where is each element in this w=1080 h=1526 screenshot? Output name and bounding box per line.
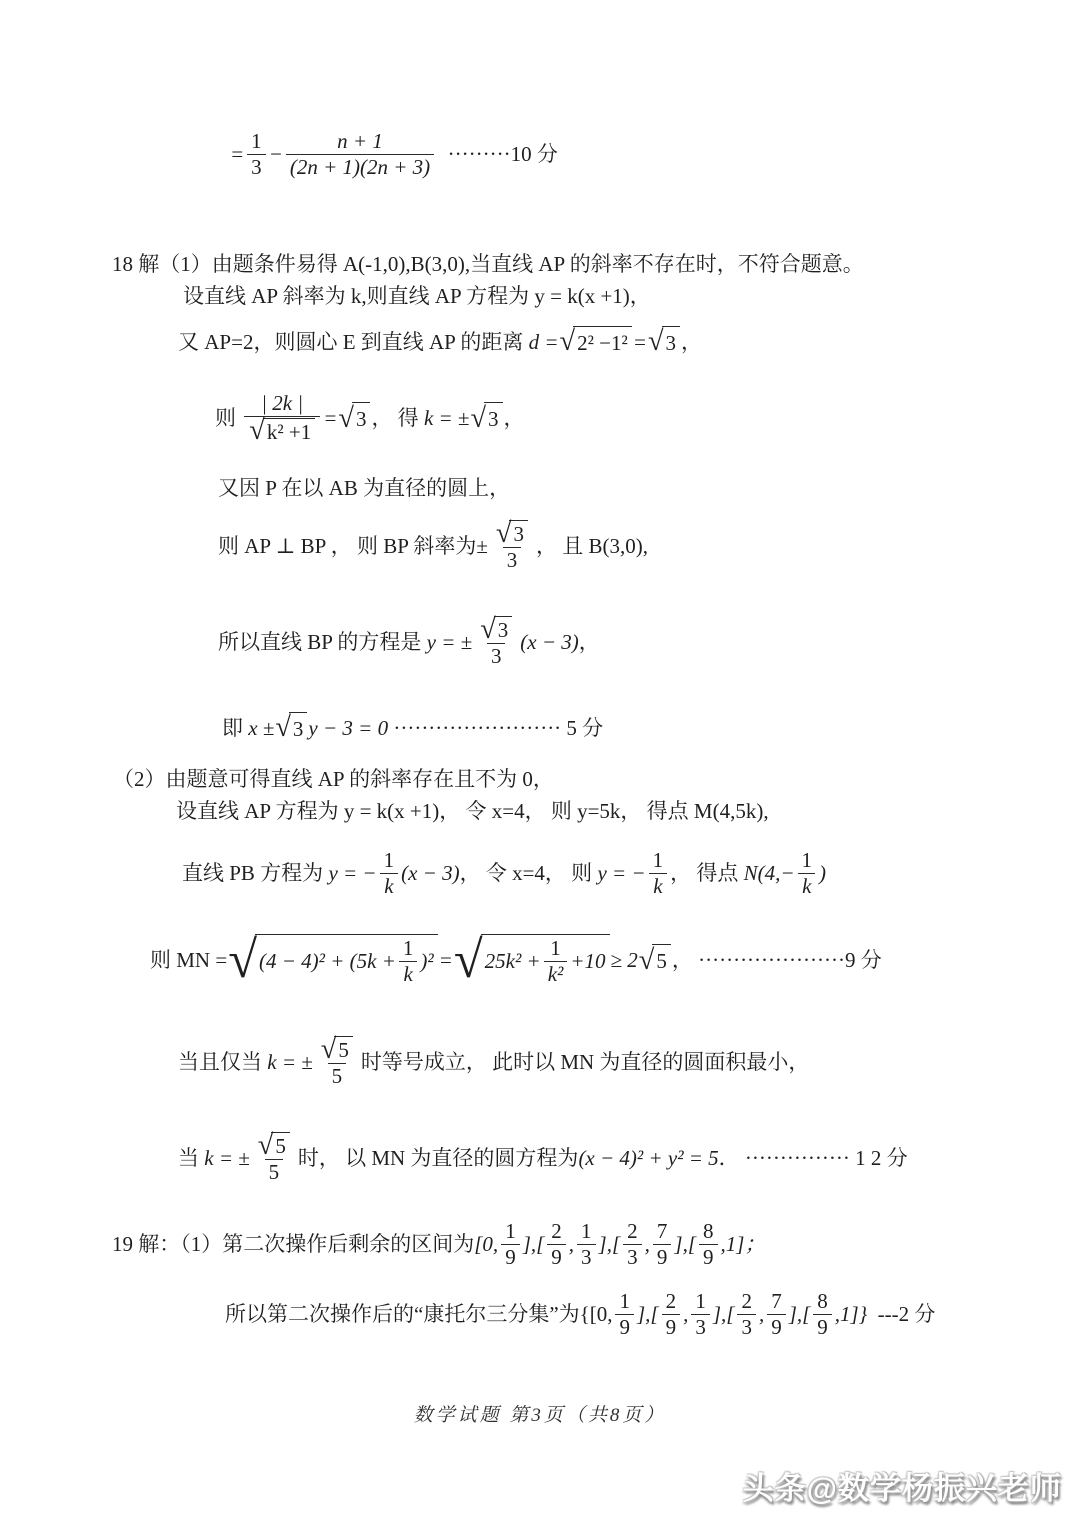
sqrt-radical: √2² −1² xyxy=(560,326,632,357)
radical-body: k² +1 xyxy=(263,418,315,445)
math-segment: (x − 4)² + y² = 5 xyxy=(578,1144,718,1172)
fraction-denominator: 3 xyxy=(691,1314,710,1340)
radical-sign: √ xyxy=(249,420,265,443)
minus-sign: − xyxy=(269,140,283,168)
solution-text: 则 xyxy=(215,404,241,432)
fraction-denominator: 3 xyxy=(737,1314,756,1340)
sqrt-radical: √(4 − 4)² + (5k +1k)² xyxy=(228,934,437,986)
line-18-2-m-point: 设直线 AP 方程为 y = k(x +1)， 令 x=4， 则 y=5k， 得… xyxy=(176,797,769,825)
fraction-numerator: 1 xyxy=(501,1220,520,1244)
math-segment: x ± xyxy=(248,714,274,742)
math-segment: ,1]} xyxy=(835,1300,867,1328)
math-segment: k = ± xyxy=(267,1048,313,1076)
equals-sign: = xyxy=(230,140,244,168)
radical-sign: √ xyxy=(496,523,512,546)
math-segment: +10 xyxy=(570,947,605,975)
solution-text: ， xyxy=(579,628,600,656)
radical-sign: √ xyxy=(258,1135,274,1158)
fraction: √5 5 xyxy=(316,1036,358,1088)
solution-text: ， 得点 xyxy=(670,859,744,887)
line-18-1-slope-equation: 则 | 2k | √k² +1 = √3 ， 得 k = ± √3 ， xyxy=(215,392,525,444)
radical-sign: √ xyxy=(321,1039,337,1062)
page-footer: 数学试题 第3页（共8页） xyxy=(0,1400,1080,1427)
solution-text: 则 MN = xyxy=(150,946,227,974)
math-segment: y = − xyxy=(328,859,376,887)
fraction-denominator: √k² +1 xyxy=(244,416,320,445)
math-segment: , xyxy=(569,1230,574,1258)
fraction-numerator: 1 xyxy=(615,1290,634,1314)
fraction: 19 xyxy=(501,1220,520,1269)
fraction-numerator: 1 xyxy=(577,1220,596,1244)
math-segment: (4 − 4)² + (5k + xyxy=(259,947,396,975)
line-19-1-intervals: 19 解：（1）第二次操作后剩余的区间为 [0, 19 ],[ 29 , 13 … xyxy=(112,1220,765,1269)
fraction: 1k xyxy=(380,849,399,898)
fraction: 1k xyxy=(798,849,817,898)
score-marker: ·········10 分 xyxy=(437,140,558,168)
fraction-denominator: k xyxy=(380,873,397,899)
radical-sign: √ xyxy=(275,717,291,740)
fraction: 79 xyxy=(767,1290,786,1339)
fraction-denominator: 9 xyxy=(653,1244,672,1270)
line-18-1-setup: 设直线 AP 斜率为 k,则直线 AP 方程为 y = k(x +1)， xyxy=(183,282,651,310)
fraction: 89 xyxy=(699,1220,718,1269)
math-segment: ) xyxy=(819,859,826,887)
fraction-numerator: 2 xyxy=(547,1220,566,1244)
radical-body: 5 xyxy=(271,1132,290,1159)
sqrt-radical: √k² +1 xyxy=(249,418,315,445)
watermark: 头条@数学杨振兴老师 xyxy=(743,1463,1062,1508)
solution-text: ， xyxy=(672,946,693,974)
math-segment: d = xyxy=(529,328,559,356)
fraction: | 2k | √k² +1 xyxy=(244,392,320,444)
radical-body: 3 xyxy=(662,326,681,357)
fraction-denominator: 9 xyxy=(501,1244,520,1270)
radical-body: 3 xyxy=(484,402,503,433)
fraction: 23 xyxy=(737,1290,756,1339)
score-marker: ··············· 1 2 分 xyxy=(740,1144,908,1172)
fraction: 13 xyxy=(691,1290,710,1339)
math-segment: N(4,− xyxy=(744,859,795,887)
fraction: 29 xyxy=(547,1220,566,1269)
radical-sign: √ xyxy=(470,408,486,431)
fraction-numerator: 1 xyxy=(546,937,565,961)
sqrt-radical: √3 xyxy=(480,616,512,643)
line-18-1-circle-note: 又因 P 在以 AB 为直径的圆上， xyxy=(218,474,510,502)
solution-text: 19 解：（1）第二次操作后剩余的区间为 xyxy=(112,1230,474,1258)
line-18-1-answer: 即 x ± √3 y − 3 = 0 ·····················… xyxy=(222,712,603,743)
fraction: √3 3 xyxy=(475,616,517,668)
radical-body: 25k² +1k²+10 xyxy=(481,934,610,986)
fraction-denominator: 9 xyxy=(699,1244,718,1270)
math-segment: ,1]； xyxy=(721,1230,766,1258)
solution-text: 则 AP ⊥ BP ， 则 BP 斜率为± xyxy=(218,532,488,560)
fraction-denominator: 3 xyxy=(247,154,266,180)
math-segment: 25k² + xyxy=(485,947,541,975)
line-17-final-formula: = 13 − n + 1(2n + 1)(2n + 3) ·········10… xyxy=(230,130,558,179)
solution-text: （2）由题意可得直线 AP 的斜率存在且不为 0， xyxy=(113,765,554,793)
math-segment: , xyxy=(759,1300,764,1328)
fraction-numerator: √5 xyxy=(253,1132,295,1159)
solution-text: ， 得 xyxy=(371,404,424,432)
radical-sign: √ xyxy=(454,942,483,980)
math-segment: = xyxy=(323,404,337,432)
sqrt-radical: √3 xyxy=(338,402,370,433)
math-segment: , xyxy=(645,1230,650,1258)
math-segment: ],[ xyxy=(789,1300,811,1328)
fraction-denominator: 3 xyxy=(623,1244,642,1270)
fraction-numerator: 1 xyxy=(399,937,418,961)
radical-body: 5 xyxy=(652,944,671,975)
fraction-numerator: n + 1 xyxy=(333,130,387,154)
fraction-numerator: 1 xyxy=(691,1290,710,1314)
fraction: 1k² xyxy=(544,937,568,986)
fraction-denominator: 9 xyxy=(615,1314,634,1340)
math-segment: y = − xyxy=(597,859,645,887)
fraction-numerator: 1 xyxy=(380,849,399,873)
math-segment: ],[ xyxy=(637,1300,659,1328)
math-segment: k = ± xyxy=(204,1144,250,1172)
solution-text: 所以第二次操作后的“康托尔三分集”为{[0, xyxy=(225,1300,612,1328)
fraction-denominator: 5 xyxy=(328,1063,347,1089)
fraction-denominator: k xyxy=(798,873,815,899)
solution-text: 时等号成立， 此时以 MN 为直径的圆面积最小， xyxy=(361,1048,810,1076)
sqrt-radical: √5 xyxy=(321,1036,353,1063)
solution-text: 设直线 AP 方程为 y = k(x +1)， 令 x=4， 则 y=5k， 得… xyxy=(176,797,769,825)
math-segment: y − 3 = 0 xyxy=(308,714,388,742)
fraction-numerator: 2 xyxy=(623,1220,642,1244)
solution-text: 所以直线 BP 的方程是 xyxy=(218,628,427,656)
line-18-2-mn-length: 则 MN = √(4 − 4)² + (5k +1k)² = √25k² +1k… xyxy=(150,934,882,986)
fraction-denominator: 9 xyxy=(662,1314,681,1340)
math-segment: (x − 3) xyxy=(401,859,459,887)
fraction: 19 xyxy=(615,1290,634,1339)
fraction: n + 1(2n + 1)(2n + 3) xyxy=(286,130,434,179)
fraction-denominator: 9 xyxy=(813,1314,832,1340)
solution-text: ， 令 x=4， 则 xyxy=(460,859,598,887)
sqrt-radical: √3 xyxy=(275,712,307,743)
fraction-numerator: 2 xyxy=(662,1290,681,1314)
solution-text: 18 解（1）由题条件易得 A(-1,0),B(3,0),当直线 AP 的斜率不… xyxy=(112,250,864,278)
score-marker: ·····················9 分 xyxy=(693,946,882,974)
math-segment: = xyxy=(439,946,453,974)
fraction: 23 xyxy=(623,1220,642,1269)
fraction: √3 3 xyxy=(491,520,533,572)
fraction: 89 xyxy=(813,1290,832,1339)
radical-body: 2² −1² xyxy=(573,326,632,357)
fraction-denominator: 9 xyxy=(547,1244,566,1270)
fraction-numerator: 8 xyxy=(813,1290,832,1314)
sqrt-radical: √3 xyxy=(470,402,502,433)
solution-text: 直线 PB 方程为 xyxy=(182,859,328,887)
line-18-1-bp-equation: 所以直线 BP 的方程是 y = ± √3 3 (x − 3) ， xyxy=(218,616,600,668)
line-18-2-circle-equation: 当 k = ± √5 5 时， 以 MN 为直径的圆方程为 (x − 4)² +… xyxy=(178,1132,908,1184)
solution-text: 又因 P 在以 AB 为直径的圆上， xyxy=(218,474,510,502)
fraction-numerator: 1 xyxy=(649,849,668,873)
radical-sign: √ xyxy=(228,942,257,980)
exam-answer-page: = 13 − n + 1(2n + 1)(2n + 3) ·········10… xyxy=(0,0,1080,1526)
line-18-1-distance: 又 AP=2，则圆心 E 到直线 AP 的距离 d = √2² −1² = √3… xyxy=(178,326,702,357)
solution-text: 设直线 AP 斜率为 k,则直线 AP 方程为 y = k(x +1)， xyxy=(183,282,651,310)
math-segment: (x − 3) xyxy=(520,628,578,656)
math-segment: k = ± xyxy=(424,404,470,432)
solution-text: 时， 以 MN 为直径的圆方程为 xyxy=(298,1144,579,1172)
line-18-2-n-point: 直线 PB 方程为 y = − 1k (x − 3) ， 令 x=4， 则 y … xyxy=(182,849,826,898)
math-segment: ≥ 2 xyxy=(611,946,638,974)
solution-text: ， 且 B(3,0), xyxy=(536,532,648,560)
fraction-numerator: 2 xyxy=(737,1290,756,1314)
sqrt-radical: √5 xyxy=(639,944,671,975)
math-segment: [0, xyxy=(474,1230,498,1258)
sqrt-radical: √3 xyxy=(648,326,680,357)
radical-body: 3 xyxy=(352,402,371,433)
score-marker: ························ 5 分 xyxy=(388,714,603,742)
fraction-numerator: 7 xyxy=(653,1220,672,1244)
fraction-denominator: 3 xyxy=(487,643,506,669)
radical-sign: √ xyxy=(648,331,664,354)
sqrt-radical: √3 xyxy=(496,520,528,547)
solution-text: 即 xyxy=(222,714,248,742)
line-18-2-equality-condition: 当且仅当 k = ± √5 5 时等号成立， 此时以 MN 为直径的圆面积最小， xyxy=(178,1036,809,1088)
radical-sign: √ xyxy=(560,331,576,354)
line-18-2-intro: （2）由题意可得直线 AP 的斜率存在且不为 0， xyxy=(113,765,554,793)
math-segment: )² xyxy=(420,947,433,975)
line-18-1-perpendicular: 则 AP ⊥ BP ， 则 BP 斜率为± √3 3 ， 且 B(3,0), xyxy=(218,520,648,572)
radical-sign: √ xyxy=(338,408,354,431)
fraction: 79 xyxy=(653,1220,672,1269)
math-segment: y = ± xyxy=(427,628,473,656)
fraction-denominator: k xyxy=(399,961,416,987)
solution-text: ， xyxy=(681,328,702,356)
fraction-numerator: √3 xyxy=(491,520,533,547)
sqrt-radical: √25k² +1k²+10 xyxy=(454,934,610,986)
radical-body: 5 xyxy=(334,1036,353,1063)
radical-sign: √ xyxy=(480,619,496,642)
fraction-denominator: 3 xyxy=(577,1244,596,1270)
radical-body: 3 xyxy=(509,520,528,547)
solution-text: ． xyxy=(719,1144,740,1172)
fraction-numerator: 1 xyxy=(798,849,817,873)
fraction-denominator: k² xyxy=(544,961,568,987)
score-marker: ---2 分 xyxy=(867,1300,935,1328)
fraction: 13 xyxy=(247,130,266,179)
math-segment: ],[ xyxy=(599,1230,621,1258)
fraction-numerator: 8 xyxy=(699,1220,718,1244)
fraction: 13 xyxy=(577,1220,596,1269)
fraction-numerator: 1 xyxy=(247,130,266,154)
fraction: 1k xyxy=(399,937,418,986)
radical-body: (4 − 4)² + (5k +1k)² xyxy=(255,934,438,986)
sqrt-radical: √5 xyxy=(258,1132,290,1159)
fraction: 1k xyxy=(649,849,668,898)
math-segment: ],[ xyxy=(674,1230,696,1258)
math-segment: , xyxy=(683,1300,688,1328)
fraction-denominator: 9 xyxy=(767,1314,786,1340)
fraction-numerator: | 2k | xyxy=(257,392,307,416)
fraction-numerator: 7 xyxy=(767,1290,786,1314)
math-segment: ],[ xyxy=(523,1230,545,1258)
fraction: 29 xyxy=(662,1290,681,1339)
fraction-denominator: (2n + 1)(2n + 3) xyxy=(286,154,434,180)
solution-text: 当 xyxy=(178,1144,204,1172)
solution-text: 又 AP=2，则圆心 E 到直线 AP 的距离 xyxy=(178,328,529,356)
line-18-1-intro: 18 解（1）由题条件易得 A(-1,0),B(3,0),当直线 AP 的斜率不… xyxy=(112,250,864,278)
radical-body: 3 xyxy=(494,616,513,643)
fraction-numerator: √5 xyxy=(316,1036,358,1063)
fraction-denominator: 3 xyxy=(503,547,522,573)
fraction-numerator: √3 xyxy=(475,616,517,643)
fraction-denominator: 5 xyxy=(265,1159,284,1185)
solution-text: ， xyxy=(504,404,525,432)
line-19-1-cantor-set: 所以第二次操作后的“康托尔三分集”为{[0, 19 ],[ 29 , 13 ],… xyxy=(225,1290,935,1339)
radical-body: 3 xyxy=(289,712,308,743)
fraction: √5 5 xyxy=(253,1132,295,1184)
radical-sign: √ xyxy=(639,950,655,973)
fraction-denominator: k xyxy=(649,873,666,899)
math-segment: ],[ xyxy=(713,1300,735,1328)
solution-text: 当且仅当 xyxy=(178,1048,267,1076)
math-segment: = xyxy=(633,328,647,356)
